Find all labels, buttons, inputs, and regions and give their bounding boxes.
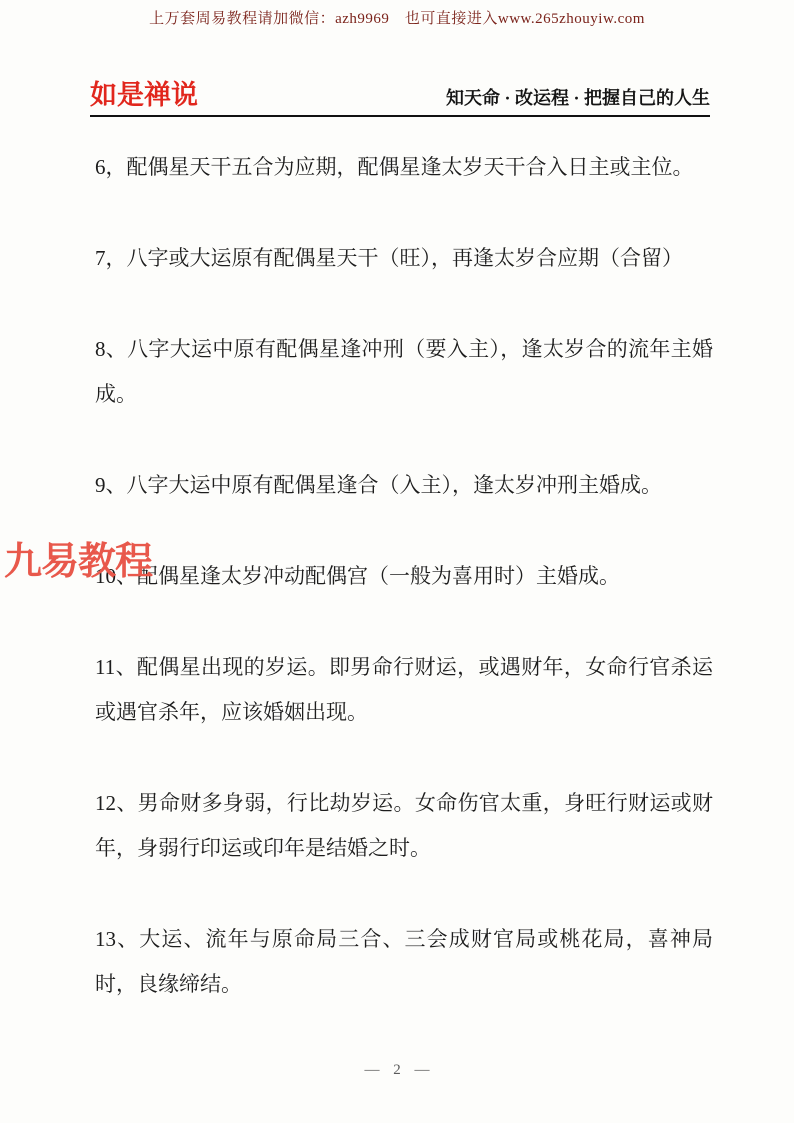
page-header: 如是禅说 知天命 · 改运程 · 把握自己的人生 [90, 82, 710, 117]
list-item-11: 11、配偶星出现的岁运。即男命行财运，或遇财年，女命行官杀运或遇官杀年，应该婚姻… [95, 645, 713, 735]
brand-slogan: 知天命 · 改运程 · 把握自己的人生 [446, 89, 710, 109]
list-item-12: 12、男命财多身弱，行比劫岁运。女命伤官太重，身旺行财运或财年，身弱行印运或印年… [95, 781, 713, 871]
list-item-7: 7，八字或大运原有配偶星天干（旺），再逢太岁合应期（合留） [95, 236, 713, 281]
document-page: 上万套周易教程请加微信：azh9969 也可直接进入www.265zhouyiw… [0, 0, 794, 1123]
list-item-10: 10、配偶星逢太岁冲动配偶宫（一般为喜用时）主婚成。 [95, 554, 713, 599]
list-item-9: 9、八字大运中原有配偶星逢合（入主），逢太岁冲刑主婚成。 [95, 463, 713, 508]
list-item-6: 6，配偶星天干五合为应期，配偶星逢太岁天干合入日主或主位。 [95, 145, 713, 190]
watermark-text: 九易教程 [4, 543, 152, 581]
list-item-8: 8、八字大运中原有配偶星逢冲刑（要入主），逢太岁合的流年主婚成。 [95, 327, 713, 417]
body-content: 6，配偶星天干五合为应期，配偶星逢太岁天干合入日主或主位。 7，八字或大运原有配… [95, 145, 713, 1053]
list-item-13: 13、大运、流年与原命局三合、三会成财官局或桃花局，喜神局时，良缘缔结。 [95, 917, 713, 1007]
brand-title: 如是禅说 [90, 82, 198, 109]
promo-banner-text: 上万套周易教程请加微信：azh9969 也可直接进入www.265zhouyiw… [0, 7, 794, 28]
page-number: — 2 — [0, 1062, 794, 1079]
